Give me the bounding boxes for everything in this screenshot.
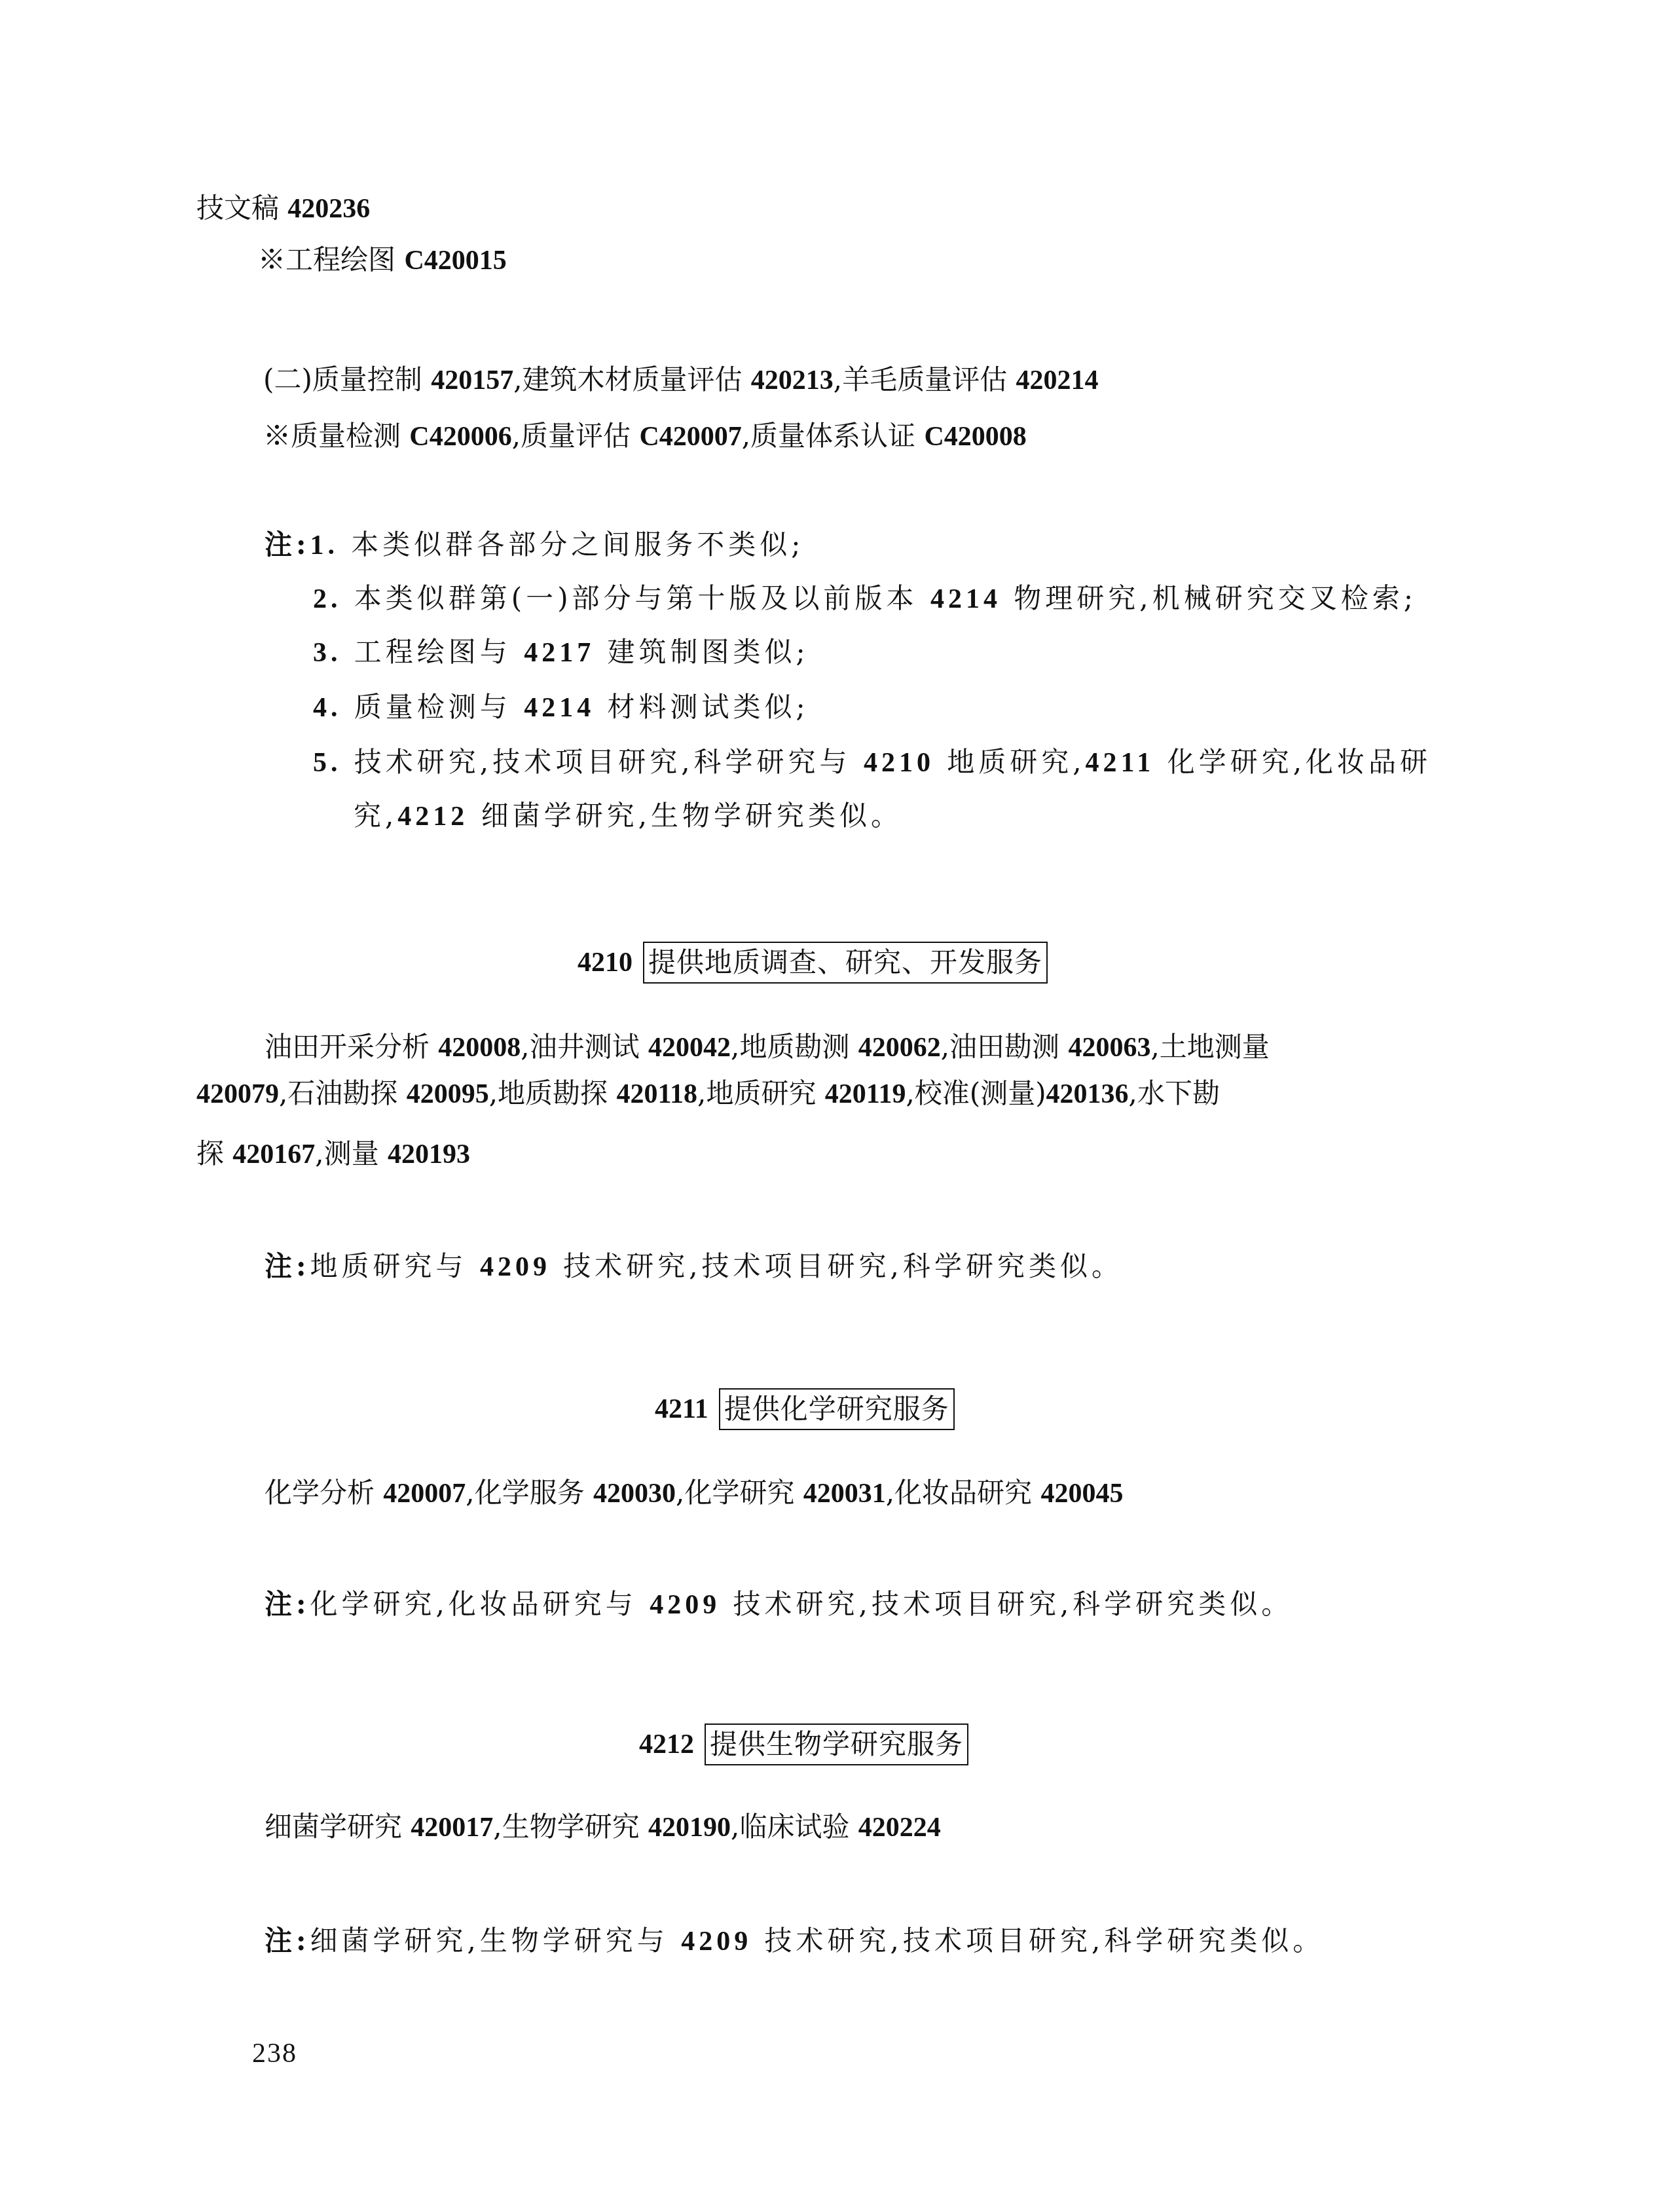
- item-code: 420157: [431, 365, 513, 396]
- item-code: 420079: [196, 1079, 279, 1109]
- item-name: ,化学服务: [466, 1477, 593, 1509]
- item-code: 420190: [648, 1813, 731, 1843]
- item-code: C420008: [924, 422, 1026, 452]
- item-name: ,羊毛质量评估: [834, 363, 1016, 396]
- item-code: 420236: [287, 194, 370, 224]
- class-title-box: 提供生物学研究服务: [705, 1724, 968, 1765]
- class-ref: 4214: [930, 584, 1001, 614]
- class-ref: 4209: [650, 1590, 720, 1620]
- item-code: 420213: [751, 365, 834, 396]
- item-code: 420224: [858, 1813, 941, 1843]
- note-text: 本类似群第(一)部分与第十版及以前版本: [342, 582, 930, 614]
- item-code: C420015: [404, 246, 506, 276]
- section-4212-body-line-1: 细菌学研究 420017,生物学研究 420190,临床试验 420224: [265, 1811, 941, 1843]
- item-name: 技文稿: [196, 192, 287, 224]
- item-name: ,临床试验: [731, 1811, 858, 1843]
- item-code: 420062: [858, 1033, 941, 1063]
- note-label: 注:: [265, 528, 310, 561]
- item-code: 420136: [1046, 1079, 1129, 1109]
- item-code: 420008: [438, 1033, 521, 1063]
- item-name: ※质量检测: [263, 420, 409, 452]
- note-text: 细菌学研究,生物学研究与: [310, 1925, 682, 1957]
- note-text: 建筑制图类似;: [595, 636, 809, 668]
- item-name: ,地质勘测: [731, 1031, 858, 1063]
- continuation-line-1: 技文稿 420236: [196, 193, 370, 225]
- item-code: 420045: [1040, 1479, 1123, 1509]
- note-text: 技术研究,技术项目研究,科学研究类似。: [752, 1925, 1324, 1957]
- item-name: 工程绘图: [285, 244, 404, 276]
- item-name: ,质量评估: [512, 420, 640, 452]
- item-name: ,土地测量: [1150, 1031, 1269, 1063]
- note-text: 化学研究,化妆品研: [1154, 746, 1431, 778]
- item-code: 420119: [825, 1079, 906, 1109]
- item-name: ,地质研究: [697, 1077, 825, 1109]
- item-code: 420118: [616, 1079, 697, 1109]
- group-two-line-1: (二)质量控制 420157,建筑木材质量评估 420213,羊毛质量评估 42…: [263, 364, 1099, 396]
- item-name: ,地质勘探: [489, 1077, 617, 1109]
- section-4210-body-line-1: 油田开采分析 420008,油井测试 420042,地质勘测 420062,油田…: [265, 1031, 1270, 1063]
- item-name: ,生物学研究: [493, 1811, 648, 1843]
- note-number: 5.: [313, 748, 342, 778]
- item-name: ,建筑木材质量评估: [513, 363, 751, 396]
- item-name: 化学分析: [265, 1477, 383, 1509]
- note-4209-item-4: 4. 质量检测与 4214 材料测试类似;: [313, 691, 809, 724]
- class-code: 4211: [655, 1393, 708, 1425]
- note-text: 化学研究,化妆品研究与: [310, 1588, 650, 1620]
- section-heading-4212: 4212 提供生物学研究服务: [639, 1724, 968, 1765]
- page-number: 238: [252, 2038, 297, 2069]
- class-ref: 4212: [397, 802, 468, 832]
- note-text: 地质研究与: [310, 1250, 480, 1282]
- item-name: ,石油勘探: [279, 1077, 407, 1109]
- item-name: ,化妆品研究: [886, 1477, 1041, 1509]
- note-text: 究,: [354, 800, 397, 832]
- note-number: 4.: [313, 693, 342, 723]
- note-text: 物理研究,机械研究交叉检索;: [1001, 582, 1417, 614]
- section-4210-note: 注:地质研究与 4209 技术研究,技术项目研究,科学研究类似。: [265, 1251, 1123, 1283]
- class-title-box: 提供化学研究服务: [719, 1388, 955, 1430]
- item-name: ,校准(测量): [906, 1077, 1046, 1109]
- continuation-line-2: ※工程绘图 C420015: [258, 244, 507, 276]
- class-ref: 4211: [1086, 748, 1155, 778]
- note-label: 注:: [265, 1250, 310, 1282]
- item-name: ,测量: [315, 1137, 388, 1170]
- note-4209-item-1: 注:1. 本类似群各部分之间服务不类似;: [265, 529, 805, 561]
- reference-mark: ※: [258, 244, 285, 276]
- item-name: ,化学研究: [676, 1477, 803, 1509]
- item-code: 420030: [593, 1479, 676, 1509]
- item-code: 420031: [803, 1479, 886, 1509]
- section-4211-body-line-1: 化学分析 420007,化学服务 420030,化学研究 420031,化妆品研…: [265, 1477, 1123, 1509]
- class-ref: 4217: [524, 638, 595, 668]
- item-name: 探: [196, 1137, 232, 1170]
- class-ref: 4209: [480, 1252, 551, 1282]
- note-4209-item-3: 3. 工程绘图与 4217 建筑制图类似;: [313, 636, 809, 669]
- note-text: 细菌学研究,生物学研究类似。: [468, 800, 902, 832]
- group-two-line-2: ※质量检测 C420006,质量评估 C420007,质量体系认证 C42000…: [263, 420, 1027, 452]
- item-name: ,质量体系认证: [742, 420, 925, 452]
- note-text: 工程绘图与: [342, 636, 524, 668]
- class-title-box: 提供地质调查、研究、开发服务: [643, 942, 1048, 984]
- section-heading-4210: 4210 提供地质调查、研究、开发服务: [578, 942, 1048, 984]
- section-heading-4211: 4211 提供化学研究服务: [655, 1388, 955, 1430]
- item-name: ,油井测试: [521, 1031, 648, 1063]
- section-4210-body-line-2: 420079,石油勘探 420095,地质勘探 420118,地质研究 4201…: [196, 1078, 1220, 1110]
- item-code: C420007: [639, 422, 741, 452]
- note-number: 2.: [313, 584, 342, 614]
- note-text: 技术研究,技术项目研究,科学研究与: [342, 746, 864, 778]
- section-4210-body-line-3: 探 420167,测量 420193: [196, 1138, 470, 1170]
- section-4212-note: 注:细菌学研究,生物学研究与 4209 技术研究,技术项目研究,科学研究类似。: [265, 1925, 1324, 1957]
- item-name: ,水下勘: [1129, 1077, 1220, 1109]
- section-4211-note: 注:化学研究,化妆品研究与 4209 技术研究,技术项目研究,科学研究类似。: [265, 1589, 1293, 1621]
- note-text: 技术研究,技术项目研究,科学研究类似。: [551, 1250, 1123, 1282]
- note-4209-item-2: 2. 本类似群第(一)部分与第十版及以前版本 4214 物理研究,机械研究交叉检…: [313, 583, 1417, 615]
- item-code: 420214: [1016, 365, 1099, 396]
- note-text: 质量检测与: [342, 691, 524, 723]
- item-name: 油田开采分析: [265, 1031, 438, 1063]
- class-ref: 4209: [681, 1926, 752, 1957]
- item-code: 420193: [388, 1139, 470, 1170]
- item-name: (二)质量控制: [263, 363, 431, 396]
- item-code: 420095: [407, 1079, 489, 1109]
- note-4209-item-5-continued: 究,4212 细菌学研究,生物学研究类似。: [354, 800, 902, 832]
- item-code: C420006: [409, 422, 511, 452]
- note-4209-item-5: 5. 技术研究,技术项目研究,科学研究与 4210 地质研究,4211 化学研究…: [313, 747, 1431, 779]
- note-text: 技术研究,技术项目研究,科学研究类似。: [720, 1588, 1293, 1620]
- item-code: 420042: [648, 1033, 731, 1063]
- note-text: 材料测试类似;: [595, 691, 809, 723]
- note-label: 注:: [265, 1588, 310, 1620]
- note-label: 注:: [265, 1925, 310, 1957]
- item-code: 420063: [1068, 1033, 1150, 1063]
- item-code: 420167: [232, 1139, 315, 1170]
- class-code: 4210: [578, 947, 633, 978]
- note-text: 本类似群各部分之间服务不类似;: [339, 528, 805, 561]
- note-number: 1.: [310, 530, 339, 561]
- item-code: 420007: [383, 1479, 466, 1509]
- item-name: ,油田勘测: [941, 1031, 1069, 1063]
- item-name: 细菌学研究: [265, 1811, 411, 1843]
- note-text: 地质研究,: [934, 746, 1086, 778]
- item-code: 420017: [411, 1813, 493, 1843]
- class-ref: 4214: [524, 693, 595, 723]
- note-number: 3.: [313, 638, 342, 668]
- class-code: 4212: [639, 1729, 694, 1760]
- class-ref: 4210: [864, 748, 934, 778]
